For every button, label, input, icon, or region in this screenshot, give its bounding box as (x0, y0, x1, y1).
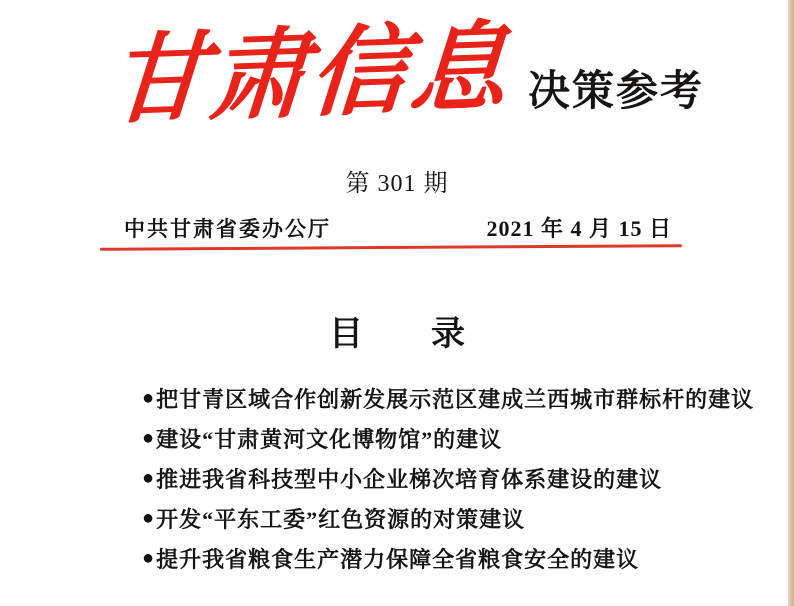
toc-list: ● 把甘青区域合作创新发展示范区建成兰西城市群标杆的建议 ● 建设“甘肃黄河文化… (142, 378, 742, 578)
publisher-row: 中共甘肃省委办公厅 2021 年 4 月 15 日 (124, 212, 672, 243)
masthead-subtitle: 决策参考 (528, 58, 704, 118)
document-page: 甘肃信息 决策参考 第 301 期 中共甘肃省委办公厅 2021 年 4 月 1… (0, 0, 794, 606)
bullet-icon: ● (142, 547, 155, 570)
issue-number: 第 301 期 (0, 163, 794, 198)
toc-item-label: 提升我省粮食生产潜力保障全省粮食安全的建议 (156, 543, 639, 574)
toc-item: ● 建设“甘肃黄河文化博物馆”的建议 (142, 418, 742, 458)
toc-item-label: 把甘青区域合作创新发展示范区建成兰西城市群标杆的建议 (156, 383, 754, 414)
publisher-name: 中共甘肃省委办公厅 (124, 213, 331, 243)
bullet-icon: ● (142, 467, 155, 490)
publication-date: 2021 年 4 月 15 日 (486, 212, 672, 243)
toc-item-label: 开发“平东工委”红色资源的对策建议 (156, 503, 525, 534)
toc-heading: 目 录 (0, 306, 794, 355)
scan-edge-strip (788, 0, 794, 606)
bullet-icon: ● (142, 427, 155, 450)
bullet-icon: ● (142, 387, 155, 410)
toc-item: ● 开发“平东工委”红色资源的对策建议 (142, 498, 742, 538)
toc-item-label: 推进我省科技型中小企业梯次培育体系建设的建议 (156, 463, 662, 494)
toc-item: ● 提升我省粮食生产潜力保障全省粮食安全的建议 (142, 538, 742, 578)
masthead-divider-rule (100, 244, 682, 251)
bullet-icon: ● (142, 507, 155, 530)
toc-item: ● 把甘青区域合作创新发展示范区建成兰西城市群标杆的建议 (142, 378, 742, 418)
toc-item-label: 建设“甘肃黄河文化博物馆”的建议 (156, 423, 502, 454)
masthead-title-calligraphy: 甘肃信息 (104, 0, 525, 163)
toc-item: ● 推进我省科技型中小企业梯次培育体系建设的建议 (142, 458, 742, 498)
